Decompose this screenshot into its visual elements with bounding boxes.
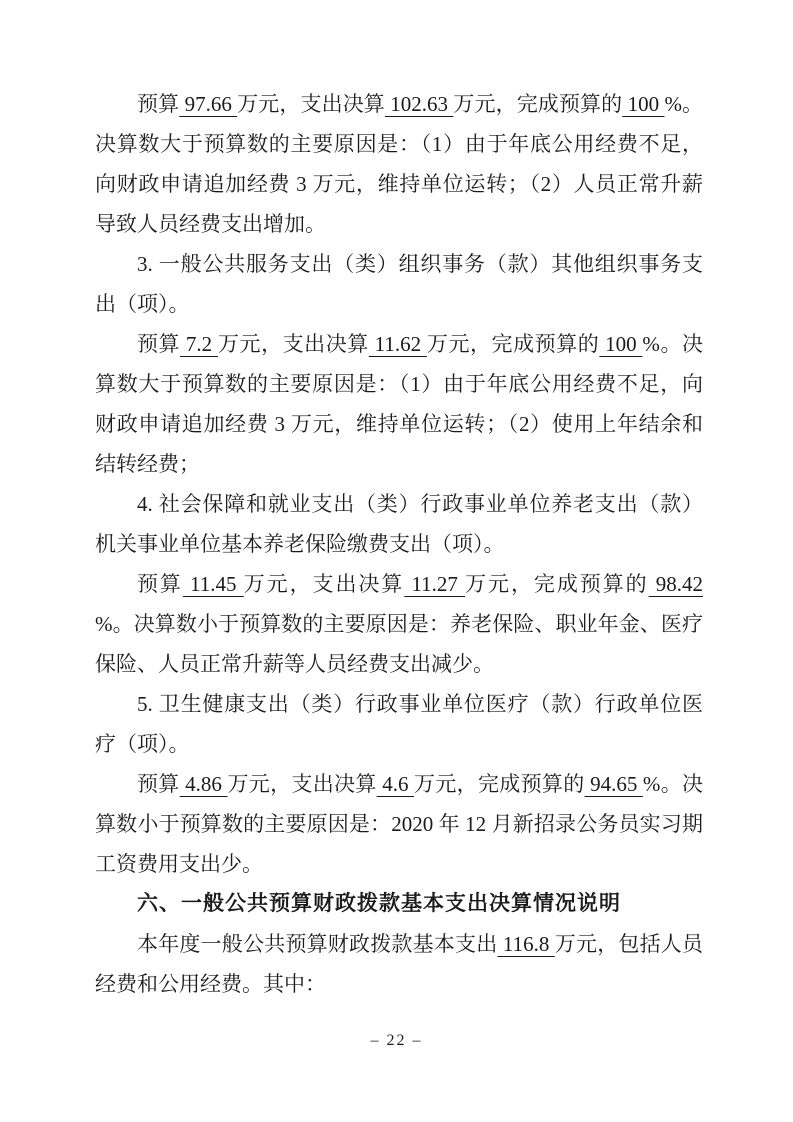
text-run: 预算	[137, 92, 179, 116]
underlined-value: 98.42	[649, 572, 703, 596]
text-run: 预算	[137, 332, 180, 356]
underlined-value: 4.86	[180, 772, 228, 796]
text-run: 六、一般公共预算财政拨款基本支出决算情况说明	[137, 892, 621, 915]
paragraph: 3. 一般公共服务支出（类）组织事务（款）其他组织事务支出（项）。	[95, 244, 703, 324]
text-run: 万元，支出决算	[218, 332, 369, 356]
paragraph: 预算 97.66 万元，支出决算 102.63 万元，完成预算的 100 %。决…	[95, 84, 703, 244]
text-run: 万元，完成预算的	[453, 92, 622, 116]
text-run: 4. 社会保障和就业支出（类）行政事业单位养老支出（款）机关事业单位基本养老保险…	[95, 492, 703, 556]
text-run: 万元，完成预算的	[414, 772, 584, 796]
underlined-value: 4.6	[377, 772, 414, 796]
underlined-value: 11.27	[404, 572, 465, 596]
text-run: 5. 卫生健康支出（类）行政事业单位医疗（款）行政单位医疗（项）。	[95, 692, 703, 756]
text-run: 本年度一般公共预算财政拨款基本支出	[137, 932, 497, 956]
underlined-value: 11.62	[369, 332, 427, 356]
paragraph: 预算 7.2 万元，支出决算 11.62 万元，完成预算的 100 %。决算数大…	[95, 324, 703, 484]
text-run: 预算	[137, 772, 180, 796]
underlined-value: 94.65	[585, 772, 643, 796]
underlined-value: 11.45	[183, 572, 244, 596]
paragraph: 5. 卫生健康支出（类）行政事业单位医疗（款）行政单位医疗（项）。	[95, 684, 703, 764]
text-run: 预算	[137, 572, 183, 596]
text-run: 3. 一般公共服务支出（类）组织事务（款）其他组织事务支出（项）。	[95, 252, 703, 316]
underlined-value: 100	[622, 92, 664, 116]
paragraph: 4. 社会保障和就业支出（类）行政事业单位养老支出（款）机关事业单位基本养老保险…	[95, 484, 703, 564]
paragraph: 本年度一般公共预算财政拨款基本支出 116.8 万元，包括人员经费和公用经费。其…	[95, 924, 703, 1004]
paragraph: 预算 11.45 万元，支出决算 11.27 万元，完成预算的 98.42 %。…	[95, 564, 703, 684]
text-run: 万元，完成预算的	[427, 332, 599, 356]
underlined-value: 116.8	[497, 932, 554, 956]
page-number: – 22 –	[0, 1030, 793, 1052]
text-run: 万元，支出决算	[228, 772, 377, 796]
text-run: %。决算数小于预算数的主要原因是：养老保险、职业年金、医疗保险、人员正常升薪等人…	[95, 612, 703, 676]
paragraph: 预算 4.86 万元，支出决算 4.6 万元，完成预算的 94.65 %。决算数…	[95, 764, 703, 884]
text-run: 万元，支出决算	[244, 572, 405, 596]
underlined-value: 100	[599, 332, 642, 356]
text-run: 万元，支出决算	[237, 92, 385, 116]
section-heading: 六、一般公共预算财政拨款基本支出决算情况说明	[95, 884, 703, 924]
underlined-value: 97.66	[179, 92, 237, 116]
document-body: 预算 97.66 万元，支出决算 102.63 万元，完成预算的 100 %。决…	[95, 84, 703, 1004]
underlined-value: 102.63	[385, 92, 453, 116]
underlined-value: 7.2	[180, 332, 218, 356]
document-page: 预算 97.66 万元，支出决算 102.63 万元，完成预算的 100 %。决…	[0, 0, 793, 1122]
text-run: 万元，完成预算的	[465, 572, 648, 596]
